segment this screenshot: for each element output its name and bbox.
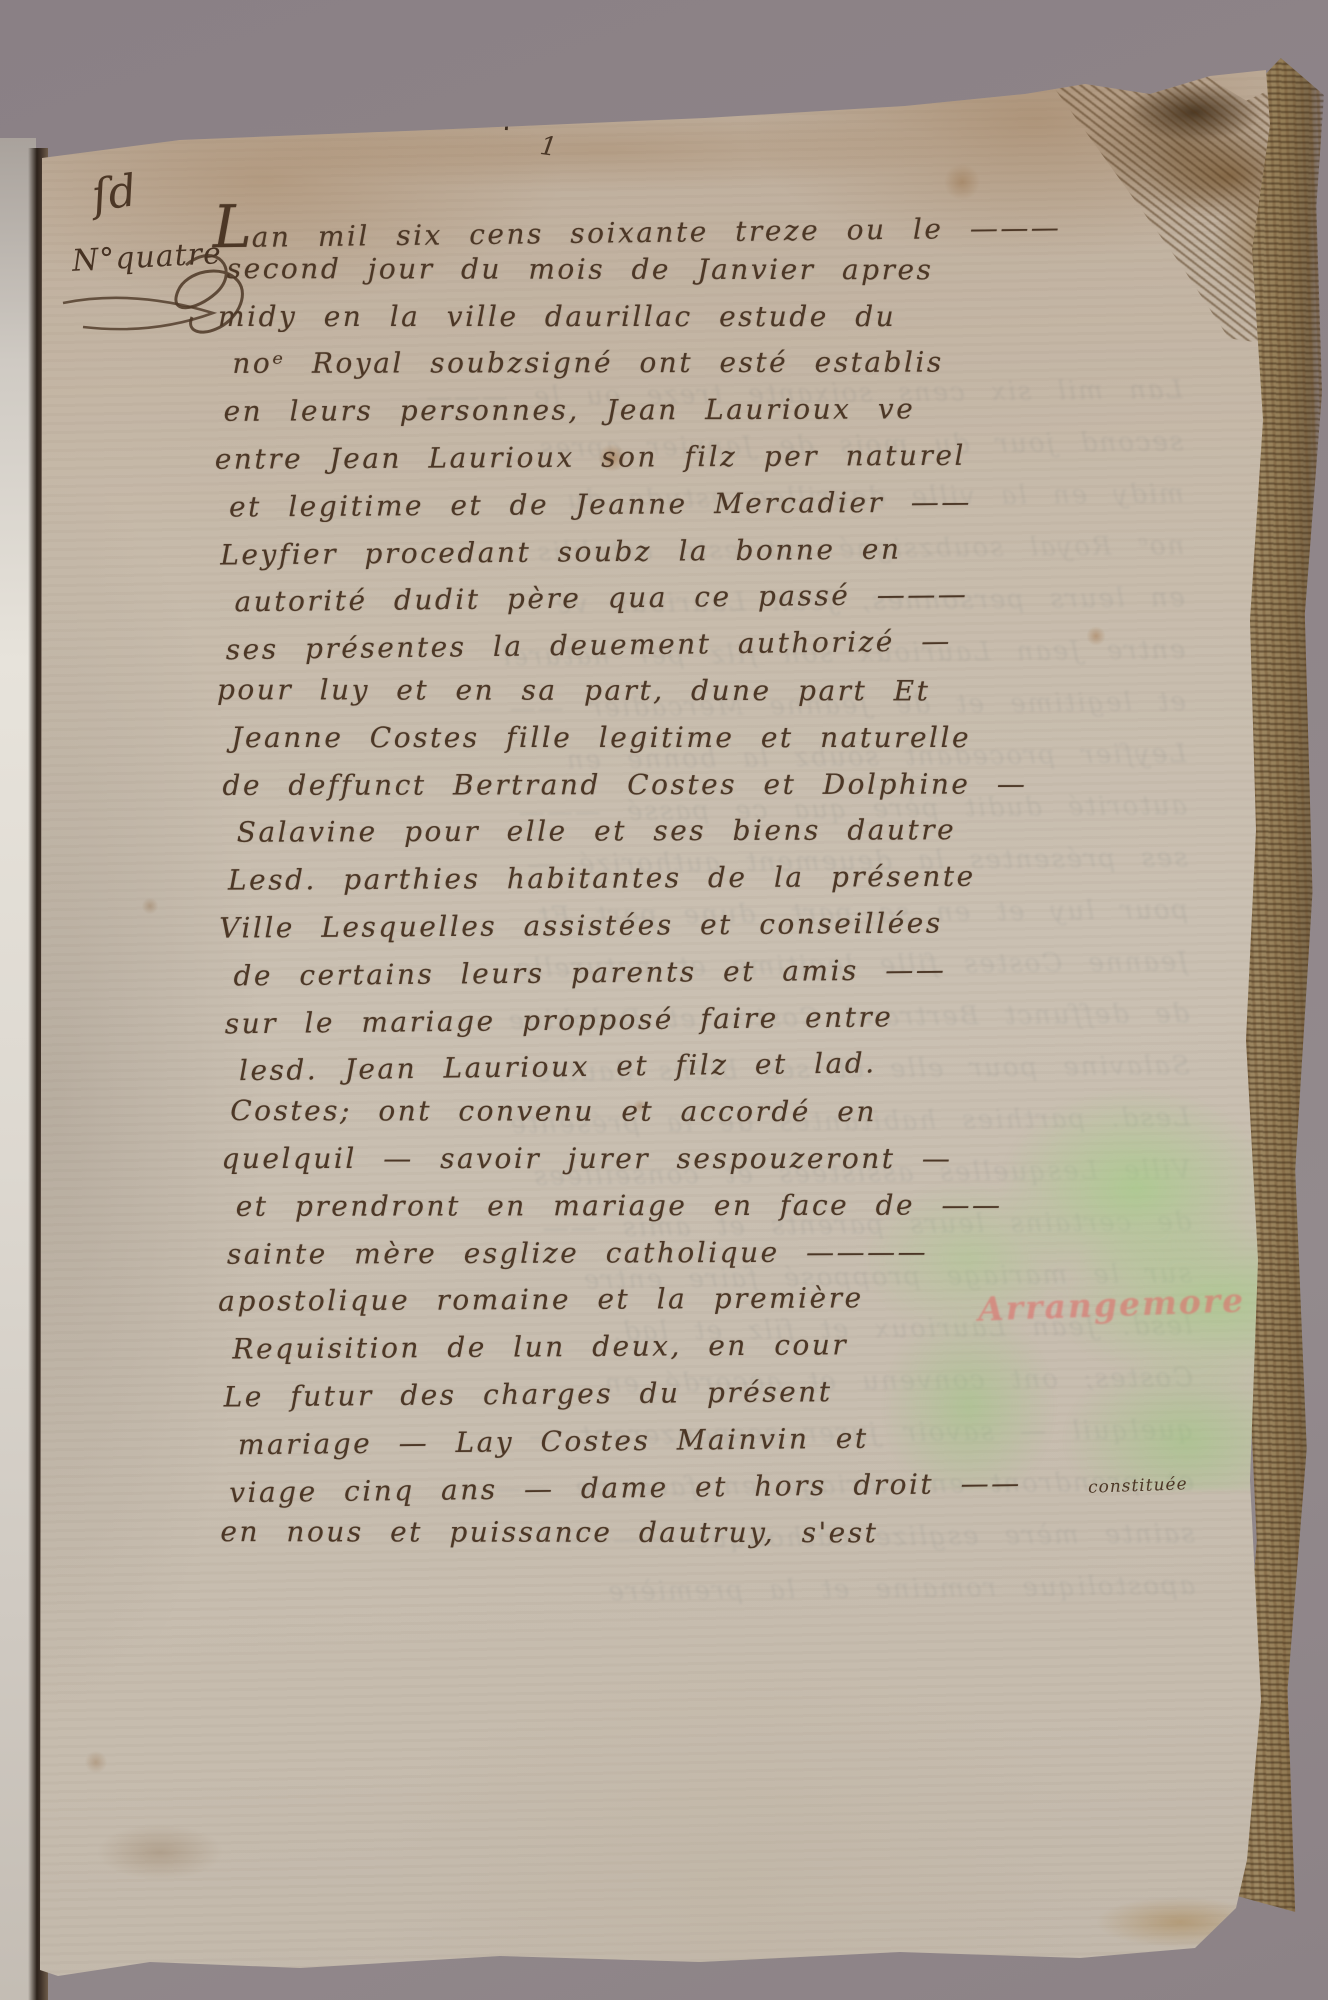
manuscript-line: en nous et puissance dautruy, s'est [220, 1509, 1240, 1558]
manuscript-line: noᵉ Royal soubzsigné ont esté establis [232, 339, 1252, 388]
manuscript-line: Ville Lesquelles assistées et conseillée… [219, 898, 1239, 952]
manuscript-line: Lan mil six cens soixante treze ou le ——… [212, 194, 1232, 253]
manuscript-line: Requisition de lun deux, en cour [232, 1320, 1252, 1374]
interlinear-note: constituée [1088, 1474, 1188, 1497]
manuscript-line: midy en la ville daurillac estude du [218, 294, 1238, 341]
photo-backdrop: { "page": { "cross_mark": "+", "page_num… [0, 0, 1328, 2000]
manuscript-line: en leurs personnes, Jean Laurioux ve [223, 385, 1243, 435]
manuscript-line: apostolique romaine et la première [218, 1274, 1238, 1326]
manuscript-line: Salavine pour elle et ses biens dautre [237, 807, 1257, 857]
manuscript-line: et legitime et de Jeanne Mercadier —— [229, 477, 1249, 531]
manuscript-line: de deffunct Bertrand Costes et Dolphine … [222, 761, 1242, 810]
manuscript-line: second jour du mois de Janvier apres [227, 246, 1247, 295]
manuscript-text: Lan mil six cens soixante treze ou le ——… [220, 197, 1247, 1559]
cross-mark: + [491, 97, 522, 140]
manuscript-line: pour luy et en sa part, dune part Et [217, 667, 1237, 716]
manuscript-line: Jeanne Costes fille legitime et naturell… [231, 715, 1251, 762]
manuscript-page: Lan mil six cens soixante treze ou le ——… [0, 0, 1328, 2000]
manuscript-line: quelquil — savoir jurer sespouzeront — [221, 1136, 1241, 1183]
manuscript-line: entre Jean Laurioux son filz per naturel [215, 431, 1235, 483]
manuscript-line: et prendront en mariage en face de —— [236, 1182, 1256, 1231]
margin-mark: ſd [89, 165, 140, 222]
manuscript-line: Lesd. parthies habitantes de la présente [228, 852, 1248, 904]
manuscript-line: sainte mère esglize catholique ———— [227, 1228, 1247, 1278]
manuscript-line: Costes; ont convenu et accordé en [230, 1088, 1250, 1137]
